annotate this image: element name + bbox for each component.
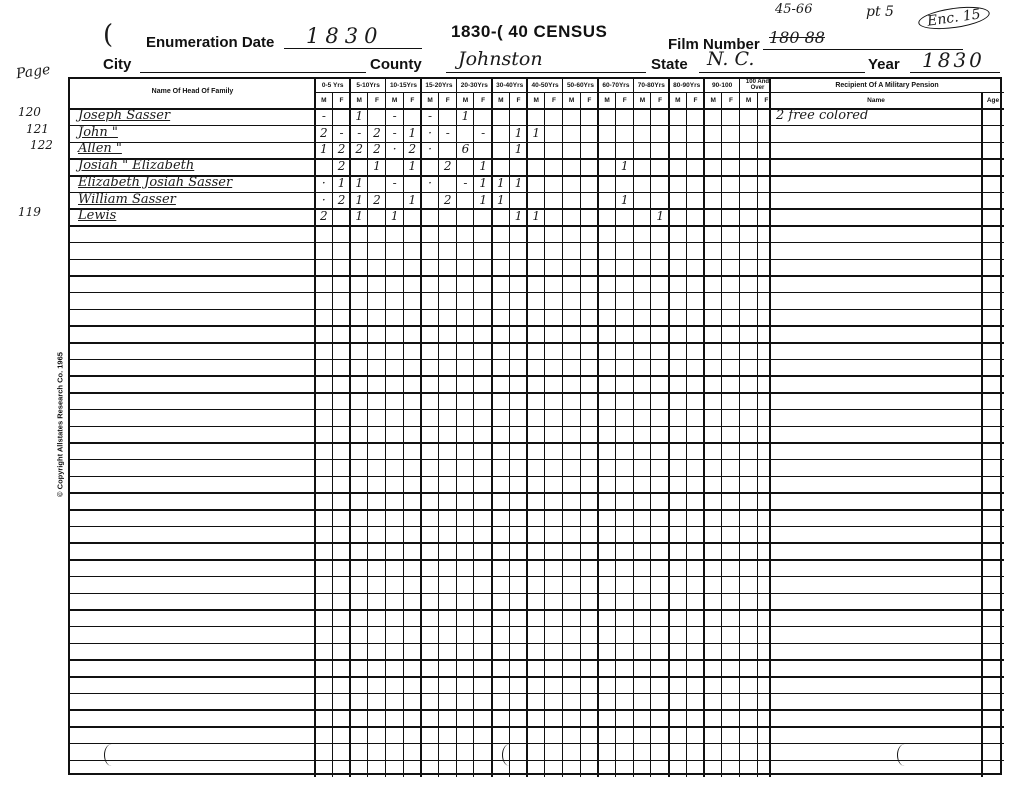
grid-line [70,609,1004,611]
grid-line [70,259,1004,261]
age-group-header: 20-30Yrs [457,82,492,89]
age-count-cell[interactable]: 2 [333,193,351,207]
grid-line [633,79,635,777]
age-count-cell[interactable]: 2 [368,142,386,156]
age-count-cell[interactable]: 1 [510,142,528,156]
grid-line [70,292,1004,294]
grid-line [70,426,1004,428]
age-count-cell[interactable]: 1 [527,126,545,140]
age-count-cell[interactable]: 1 [510,209,528,223]
grid-line [70,309,1004,311]
sex-header: F [368,97,386,104]
head-of-family-name[interactable]: John " [78,125,118,140]
grid-line [721,92,722,777]
age-count-cell[interactable]: · [421,142,439,156]
age-count-cell[interactable]: · [421,176,439,190]
grid-line [70,375,1004,377]
grid-line [70,442,1004,444]
age-group-header: 80-90Yrs [669,82,704,89]
age-count-cell[interactable]: 2 [333,142,351,156]
grid-line [70,526,1004,528]
sex-header: M [350,97,368,104]
sex-header: M [457,97,475,104]
age-count-cell[interactable]: - [474,126,492,140]
age-count-cell[interactable]: · [421,126,439,140]
age-count-cell[interactable]: · [315,193,333,207]
grid-line [739,79,741,777]
age-count-cell[interactable]: 1 [510,126,528,140]
grid-line [686,92,687,777]
name-column-header: Name Of Head Of Family [70,88,315,95]
age-group-header: 50-60Yrs [563,82,598,89]
state-label: State [651,56,688,73]
census-table: Name Of Head Of Family0-5 YrsMF5-10YrsMF… [68,77,1002,775]
age-count-cell[interactable]: 1 [457,109,475,123]
age-count-cell[interactable]: 2 [368,193,386,207]
age-count-cell[interactable]: - [333,126,351,140]
age-count-cell[interactable]: 1 [404,159,422,173]
sex-header: M [704,97,722,104]
age-count-cell[interactable]: 1 [350,193,368,207]
page-number: 121 [26,122,49,136]
age-count-cell[interactable]: 1 [350,209,368,223]
head-of-family-name[interactable]: Josiah " Elizabeth [78,158,194,173]
age-count-cell[interactable]: 2 [439,159,457,173]
age-count-cell[interactable]: 2 [333,159,351,173]
grid-line [70,542,1004,544]
pension-header: Recipient Of A Military Pension [770,82,1004,89]
age-count-cell[interactable]: - [386,109,404,123]
age-count-cell[interactable]: 6 [457,142,475,156]
page-number: 120 [18,105,41,119]
age-group-header: 90-100 [704,82,739,89]
grid-line [70,509,1004,511]
grid-line [70,676,1004,678]
corner-mark: ( [103,20,113,50]
age-count-cell[interactable]: 1 [492,176,510,190]
grid-line [70,342,1004,344]
page-number: 119 [18,205,41,219]
sex-header: M [563,97,581,104]
sex-header: F [545,97,563,104]
grid-line [769,79,771,777]
grid-line [580,92,581,777]
enumeration-date-value: 1830 [306,24,383,48]
sex-header: F [651,97,669,104]
age-count-cell[interactable]: - [315,109,333,123]
page-number: 122 [30,138,53,152]
head-of-family-name[interactable]: Joseph Sasser [78,108,170,123]
sex-header: F [404,97,422,104]
year-value: 1830 [922,48,985,72]
age-count-cell[interactable]: - [457,176,475,190]
grid-line [70,476,1004,478]
sex-header: F [722,97,740,104]
age-count-cell[interactable]: - [439,126,457,140]
age-count-cell[interactable]: 1 [510,176,528,190]
state-field[interactable]: N. C. [699,56,865,73]
grid-line [70,459,1004,461]
sex-header: M [598,97,616,104]
age-count-cell[interactable]: 2 [315,126,333,140]
film-note-top: 45-66 [775,2,812,17]
film-note-pt: pt 5 [866,4,894,20]
sex-header: M [315,97,333,104]
age-count-cell[interactable]: · [315,176,333,190]
grid-line [70,392,1004,394]
age-count-cell[interactable]: 1 [315,142,333,156]
age-count-cell[interactable]: 2 [404,142,422,156]
grid-line [70,559,1004,561]
grid-line [70,593,1004,595]
age-group-header: 15-20Yrs [421,82,456,89]
grid-line [70,492,1004,494]
county-label: County [370,56,422,73]
pension-name-header: Name [770,97,982,104]
head-of-family-name[interactable]: Allen " [78,141,122,156]
state-value: N. C. [707,48,754,70]
age-count-cell[interactable]: 1 [492,193,510,207]
grid-line [544,92,545,777]
grid-line [70,158,1004,160]
age-count-cell[interactable]: 1 [527,209,545,223]
binder-mark-left [104,744,119,766]
age-count-cell[interactable]: · [386,142,404,156]
grid-line [70,325,1004,327]
age-count-cell[interactable]: 1 [386,209,404,223]
age-count-cell[interactable]: 1 [350,109,368,123]
grid-line [70,242,1004,244]
grid-line [650,92,651,777]
age-count-cell[interactable]: - [350,126,368,140]
sex-header: M [386,97,404,104]
grid-line [70,709,1004,711]
age-group-header: 70-80Yrs [634,82,669,89]
age-group-header: 5-10Yrs [350,82,385,89]
grid-line [703,79,705,777]
year-field[interactable]: 1830 [910,56,1000,73]
age-count-cell[interactable]: 1 [474,159,492,173]
age-count-cell[interactable]: 1 [404,126,422,140]
page-label: Page [15,62,51,83]
form-title: 1830-( 40 CENSUS [451,22,607,42]
grid-line [70,760,1004,762]
enumeration-date-field[interactable]: 1830 [284,30,422,49]
head-of-family-name[interactable]: Lewis [78,208,116,223]
age-count-cell[interactable]: - [421,109,439,123]
age-count-cell[interactable]: - [386,176,404,190]
head-of-family-name[interactable]: Elizabeth Josiah Sasser [78,175,232,190]
age-count-cell[interactable]: 1 [616,159,634,173]
age-group-header: 0-5 Yrs [315,82,350,89]
sex-header: F [616,97,634,104]
age-group-header: 40-50Yrs [527,82,562,89]
sex-header: M [492,97,510,104]
grid-line [70,643,1004,645]
age-count-cell[interactable]: 2 [439,193,457,207]
age-group-header: 60-70Yrs [598,82,633,89]
sex-header: M [421,97,439,104]
grid-line [70,626,1004,628]
film-number-value: 180 88 [769,28,825,47]
year-label: Year [868,56,900,73]
film-note-circled: Enc. 15 [917,3,991,33]
grid-line [70,743,1004,745]
pension-age-header: Age [982,97,1004,104]
sex-header: F [333,97,351,104]
grid-line [70,142,1004,144]
pension-recipient-name[interactable]: 2 free colored [776,108,868,123]
county-field[interactable]: Johnston [446,56,646,73]
age-count-cell[interactable]: 1 [333,176,351,190]
age-count-cell[interactable]: 1 [651,209,669,223]
grid-line [70,576,1004,578]
grid-line [597,79,599,777]
sex-header: M [740,97,758,104]
sex-header: M [669,97,687,104]
age-count-cell[interactable]: 2 [315,209,333,223]
sex-header: M [634,97,652,104]
age-count-cell[interactable]: 1 [368,159,386,173]
age-count-cell[interactable]: - [386,126,404,140]
county-value: Johnston [458,48,543,70]
grid-line [70,192,1004,194]
grid-line [70,359,1004,361]
age-count-cell[interactable]: 1 [474,176,492,190]
age-count-cell[interactable]: 1 [616,193,634,207]
grid-line [70,409,1004,411]
binder-mark-right [897,744,912,766]
grid-line [70,726,1004,728]
enumeration-date-label: Enumeration Date [146,34,274,51]
sex-header: F [510,97,528,104]
sex-header: F [474,97,492,104]
grid-line [981,92,983,777]
grid-line [70,693,1004,695]
copyright-notice: © Copyright Allstates Research Co. 1965 [56,325,65,525]
city-label: City [103,56,131,73]
age-count-cell[interactable]: 1 [350,176,368,190]
grid-line [315,92,1004,93]
age-group-header: 10-15Yrs [386,82,421,89]
sex-header: F [687,97,705,104]
age-group-header: 30-40Yrs [492,82,527,89]
sex-header: F [581,97,599,104]
city-field[interactable] [140,56,366,73]
grid-line [70,275,1004,277]
age-count-cell[interactable]: 2 [350,142,368,156]
head-of-family-name[interactable]: William Sasser [78,192,176,207]
age-count-cell[interactable]: 1 [404,193,422,207]
grid-line [668,79,670,777]
grid-line [70,659,1004,661]
grid-line [757,92,758,777]
grid-line [562,79,564,777]
sex-header: F [439,97,457,104]
age-count-cell[interactable]: 1 [474,193,492,207]
age-count-cell[interactable]: 2 [368,126,386,140]
grid-line [70,225,1004,227]
binder-mark-center [502,744,517,766]
sex-header: M [527,97,545,104]
